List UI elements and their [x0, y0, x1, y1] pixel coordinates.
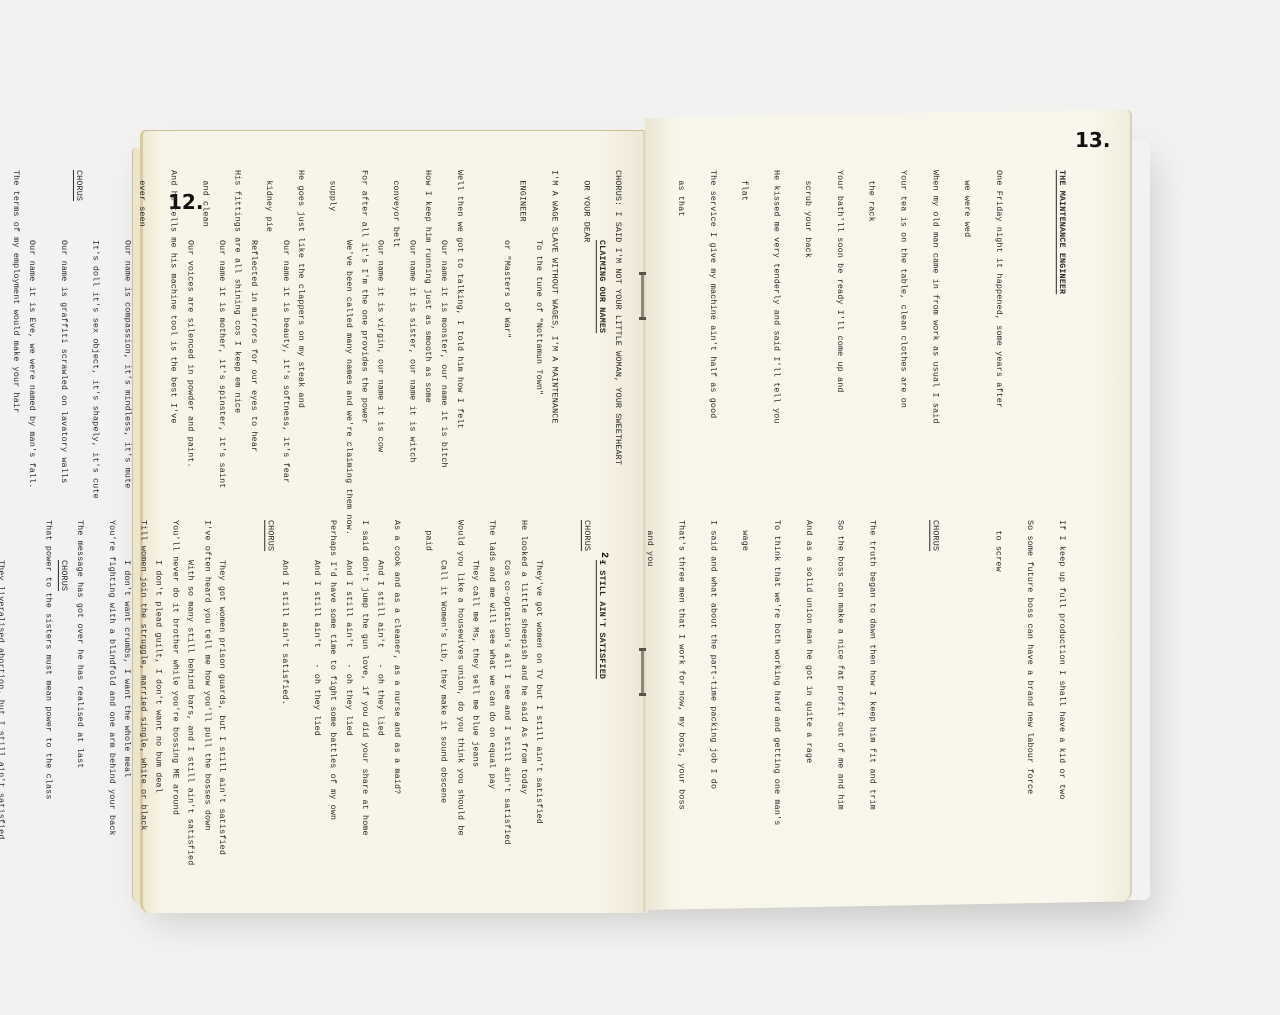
lyric-line: The message has got over he has realised… — [75, 520, 86, 850]
lyric-line: One Friday night it happened, some years… — [993, 170, 1004, 500]
lyric-line: That's three men that I work for now, my… — [676, 520, 687, 850]
lyric-line: If I keep up full production I shall hav… — [1056, 520, 1067, 850]
lyric-line: conveyor belt — [391, 170, 402, 500]
page-number-right: 13. — [1075, 128, 1110, 152]
lyric-line: You'll never do it brother while you're … — [170, 520, 181, 850]
lyric-line: and clean — [200, 170, 211, 500]
lyric-line: And he tells me his machine tool is the … — [168, 170, 179, 500]
lyric-line: supply — [327, 170, 338, 500]
lyric-line: I said don't jump the gun love, if you d… — [359, 520, 370, 850]
lyric-line: His fittings are all shining cos I keep … — [232, 170, 243, 500]
lyric-line: To think that we're both working hard an… — [771, 520, 782, 850]
lyric-line: flat — [739, 170, 750, 500]
lyric-line: wage — [740, 520, 751, 850]
lyric-line: The terms of my employment would make yo… — [10, 170, 21, 500]
lyric-line: we were wed — [961, 170, 972, 500]
lyric-line: Well then we got to talking, I told him … — [454, 170, 465, 500]
lyric-line: and you — [644, 520, 655, 850]
lyric-line: That power to the sisters must mean powe… — [43, 520, 54, 850]
chorus-label: CHORUS — [930, 520, 941, 850]
lyric-line: He goes just like the clappers on my ste… — [295, 170, 306, 500]
lyric-line: So the boss can make a nice fat profit o… — [835, 520, 846, 850]
lyric-line: Your bath'll soon be ready I'll come up … — [834, 170, 845, 500]
lyric-line: The service I give my machine ain't half… — [707, 170, 718, 500]
lyric-line: I've often heard you tell me how you'll … — [202, 520, 213, 850]
song-maintenance-engineer-part1: THE MAINTENANCE ENGINEER One Friday nigh… — [0, 170, 1088, 500]
chorus-line: ENGINEER — [517, 170, 528, 500]
chorus-line: OR YOUR DEAR — [581, 170, 592, 500]
lyric-line: kidney pie — [263, 170, 274, 500]
song-maintenance-engineer-part2: If I keep up full production I shall hav… — [0, 520, 1088, 850]
chorus-label: CHORUS — [73, 170, 84, 500]
lyric-line: Till women join the struggle, married si… — [138, 520, 149, 850]
lyric-line: How I keep him running just as smooth as… — [422, 170, 433, 500]
lyric-line: The lads and me will see what we can do … — [487, 520, 498, 850]
chorus-line: I'M A WAGE SLAVE WITHOUT WAGES, I'M A MA… — [549, 170, 560, 500]
lyric-line: As a cook and as a cleaner, as a nurse a… — [391, 520, 402, 850]
lyric-line: I said and what about the part-time pack… — [708, 520, 719, 850]
lyric-line: When my old man came in from work as usu… — [930, 170, 941, 500]
lyric-line: And as a solid union man he got in quite… — [803, 520, 814, 850]
lyric-line: ever seen — [136, 170, 147, 500]
lyric-line: He looked a little sheepish and he said … — [518, 520, 529, 850]
lyric-line: the rack — [866, 170, 877, 500]
chorus-line: CHORUS: I SAID I'M NOT YOUR LITTLE WOMAN… — [612, 170, 623, 500]
lyric-line: So some future boss can have a brand new… — [1024, 520, 1035, 850]
lyric-line: He kissed me very tenderly and said I'll… — [771, 170, 782, 500]
lyric-line: to screw — [993, 520, 1004, 850]
lyric-line: Perhaps I'd have some time to fight some… — [328, 520, 339, 850]
chorus-label: CHORUS — [265, 520, 276, 850]
lyric-line: scrub your back — [803, 170, 814, 500]
lyric-line: Would you like a housewives union, do yo… — [455, 520, 466, 850]
chorus-label: CHORUS — [581, 520, 592, 850]
song-title: THE MAINTENANCE ENGINEER — [1056, 170, 1067, 500]
lyric-line: Your tea is on the table, clean clothes … — [898, 170, 909, 500]
lyric-line: You're fighting with a blindfold and one… — [106, 520, 117, 850]
lyric-line: as that — [675, 170, 686, 500]
lyric-line: paid — [423, 520, 434, 850]
lyric-line: The truth began to dawn then how I keep … — [867, 520, 878, 850]
lyric-line: For after all it's I'm the one provides … — [359, 170, 370, 500]
